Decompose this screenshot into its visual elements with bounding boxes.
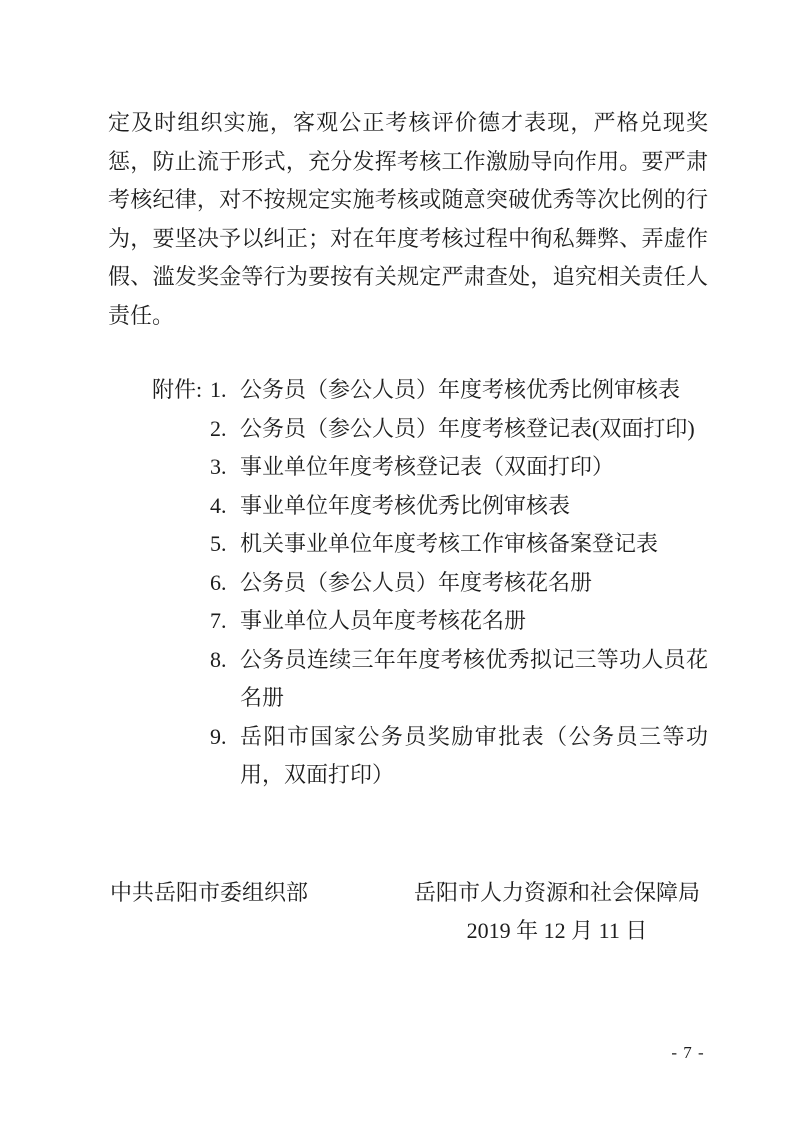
signature-date: 2019 年 12 月 11 日 — [414, 912, 700, 951]
attachment-item: 3. 事业单位年度考核登记表（双面打印） — [210, 448, 708, 487]
right-organization: 岳阳市人力资源和社会保障局 — [414, 874, 700, 913]
attachment-item: 1. 公务员（参公人员）年度考核优秀比例审核表 — [210, 371, 708, 410]
left-organization: 中共岳阳市委组织部 — [110, 874, 308, 913]
attachment-item: 2. 公务员（参公人员）年度考核登记表(双面打印) — [210, 410, 708, 449]
attachment-item: 8. 公务员连续三年年度考核优秀拟记三等功人员花名册 — [210, 641, 708, 718]
attachment-number: 7. — [210, 602, 240, 641]
attachment-item: 6. 公务员（参公人员）年度考核花名册 — [210, 564, 708, 603]
page-number: - 7 - — [648, 1042, 728, 1064]
attachment-item: 5. 机关事业单位年度考核工作审核备案登记表 — [210, 525, 708, 564]
body-paragraph: 定及时组织实施，客观公正考核评价德才表现，严格兑现奖惩，防止流于形式，充分发挥考… — [108, 104, 708, 335]
attachment-title: 公务员（参公人员）年度考核优秀比例审核表 — [240, 371, 708, 410]
attachment-title: 事业单位年度考核优秀比例审核表 — [240, 487, 708, 526]
attachments-label: 附件: — [152, 371, 210, 410]
attachment-item: 7. 事业单位人员年度考核花名册 — [210, 602, 708, 641]
signature-block: 中共岳阳市委组织部 岳阳市人力资源和社会保障局 2019 年 12 月 11 日 — [108, 874, 708, 951]
attachment-number: 9. — [210, 718, 240, 795]
attachments-list: 1. 公务员（参公人员）年度考核优秀比例审核表 2. 公务员（参公人员）年度考核… — [210, 371, 708, 795]
attachment-title: 事业单位人员年度考核花名册 — [240, 602, 708, 641]
attachment-title: 公务员连续三年年度考核优秀拟记三等功人员花名册 — [240, 641, 708, 718]
attachment-number: 5. — [210, 525, 240, 564]
attachment-number: 8. — [210, 641, 240, 718]
attachment-title: 公务员（参公人员）年度考核登记表(双面打印) — [240, 410, 708, 449]
attachment-title: 公务员（参公人员）年度考核花名册 — [240, 564, 708, 603]
attachment-item: 9. 岳阳市国家公务员奖励审批表（公务员三等功用，双面打印） — [210, 718, 708, 795]
attachment-number: 4. — [210, 487, 240, 526]
attachment-title: 事业单位年度考核登记表（双面打印） — [240, 448, 708, 487]
document-content: 定及时组织实施，客观公正考核评价德才表现，严格兑现奖惩，防止流于形式，充分发挥考… — [108, 104, 708, 951]
attachment-number: 1. — [210, 371, 240, 410]
attachment-item: 4. 事业单位年度考核优秀比例审核表 — [210, 487, 708, 526]
attachment-title: 机关事业单位年度考核工作审核备案登记表 — [240, 525, 708, 564]
attachment-number: 2. — [210, 410, 240, 449]
attachments-section: 附件: 1. 公务员（参公人员）年度考核优秀比例审核表 2. 公务员（参公人员）… — [108, 371, 708, 795]
attachment-number: 3. — [210, 448, 240, 487]
attachment-title: 岳阳市国家公务员奖励审批表（公务员三等功用，双面打印） — [240, 718, 708, 795]
attachment-number: 6. — [210, 564, 240, 603]
document-page: 定及时组织实施，客观公正考核评价德才表现，严格兑现奖惩，防止流于形式，充分发挥考… — [0, 0, 793, 1122]
right-organization-block: 岳阳市人力资源和社会保障局 2019 年 12 月 11 日 — [414, 874, 700, 951]
